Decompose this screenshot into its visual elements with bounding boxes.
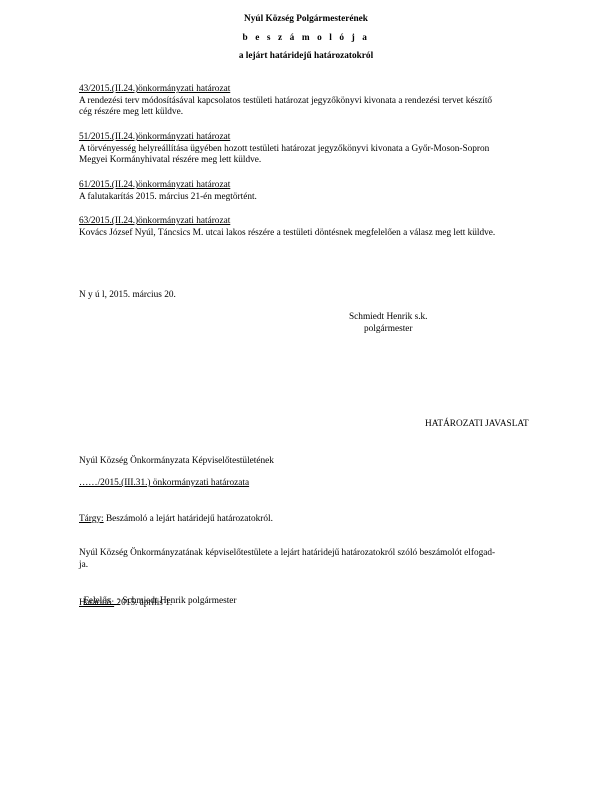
item-text-line: cég részére meg lett küldve.	[79, 107, 549, 119]
signature-name: Schmiedt Henrik s.k.	[349, 312, 428, 322]
item-text-line: A faluta­karítás 2015. március 21-én meg…	[79, 192, 549, 204]
document-topic: a lejárt határidejű határozatokról	[0, 51, 612, 61]
deadline-value: 2015. április 1.	[114, 598, 172, 608]
deadline-label: Határidő:	[79, 598, 114, 608]
item-61: 61/2015.(II.24.)önkormányzati határozat …	[79, 180, 549, 203]
item-heading: 63/2015.(II.24.)önkormányzati határozat	[79, 216, 549, 228]
item-text-line: A rendezési terv módosításával kapcsolat…	[79, 96, 549, 108]
resolution-number: ……/2015.(III.31.) önkormányzati határoza…	[79, 478, 249, 488]
document-title: Nyúl Község Polgármesterének	[0, 14, 612, 24]
decision-line: ja.	[79, 560, 549, 572]
place-date: N y ú l, 2015. március 20.	[79, 290, 176, 300]
proposal-title: HATÁROZATI JAVASLAT	[425, 419, 529, 429]
subject-text: Beszámoló a lejárt határidejű határozato…	[104, 514, 273, 524]
subject-label: Tárgy:	[79, 514, 104, 524]
document-subtitle: b e s z á m o l ó j a	[0, 33, 612, 43]
item-heading: 61/2015.(II.24.)önkormányzati határozat	[79, 180, 549, 192]
item-heading: 43/2015.(II.24.)önkormányzati határozat	[79, 84, 549, 96]
item-51: 51/2015.(II.24.)önkormányzati határozat …	[79, 132, 549, 167]
signature-role: polgármester	[364, 324, 413, 334]
item-text-line: Kovács József Nyúl, Táncsics M. utcai la…	[79, 228, 549, 240]
item-text-line: Megyei Kormányhivatal részére meg lett k…	[79, 155, 549, 167]
subject-line: Tárgy: Beszámoló a lejárt határidejű hat…	[79, 514, 273, 524]
item-63: 63/2015.(II.24.)önkormányzati határozat …	[79, 216, 549, 239]
item-heading: 51/2015.(II.24.)önkormányzati határozat	[79, 132, 549, 144]
item-43: 43/2015.(II.24.)önkormányzati határozat …	[79, 84, 549, 119]
deadline-line: Határidő: 2015. április 1.	[79, 598, 172, 608]
decision-text: Nyúl Község Önkormányzatának képviselőte…	[79, 548, 549, 571]
decision-line: Nyúl Község Önkormányzatának képviselőte…	[79, 548, 549, 560]
proposal-body-name: Nyúl Község Önkormányzata Képviselőtestü…	[79, 456, 274, 466]
item-text-line: A törvényesség helyreállítása ügyében ho…	[79, 144, 549, 156]
